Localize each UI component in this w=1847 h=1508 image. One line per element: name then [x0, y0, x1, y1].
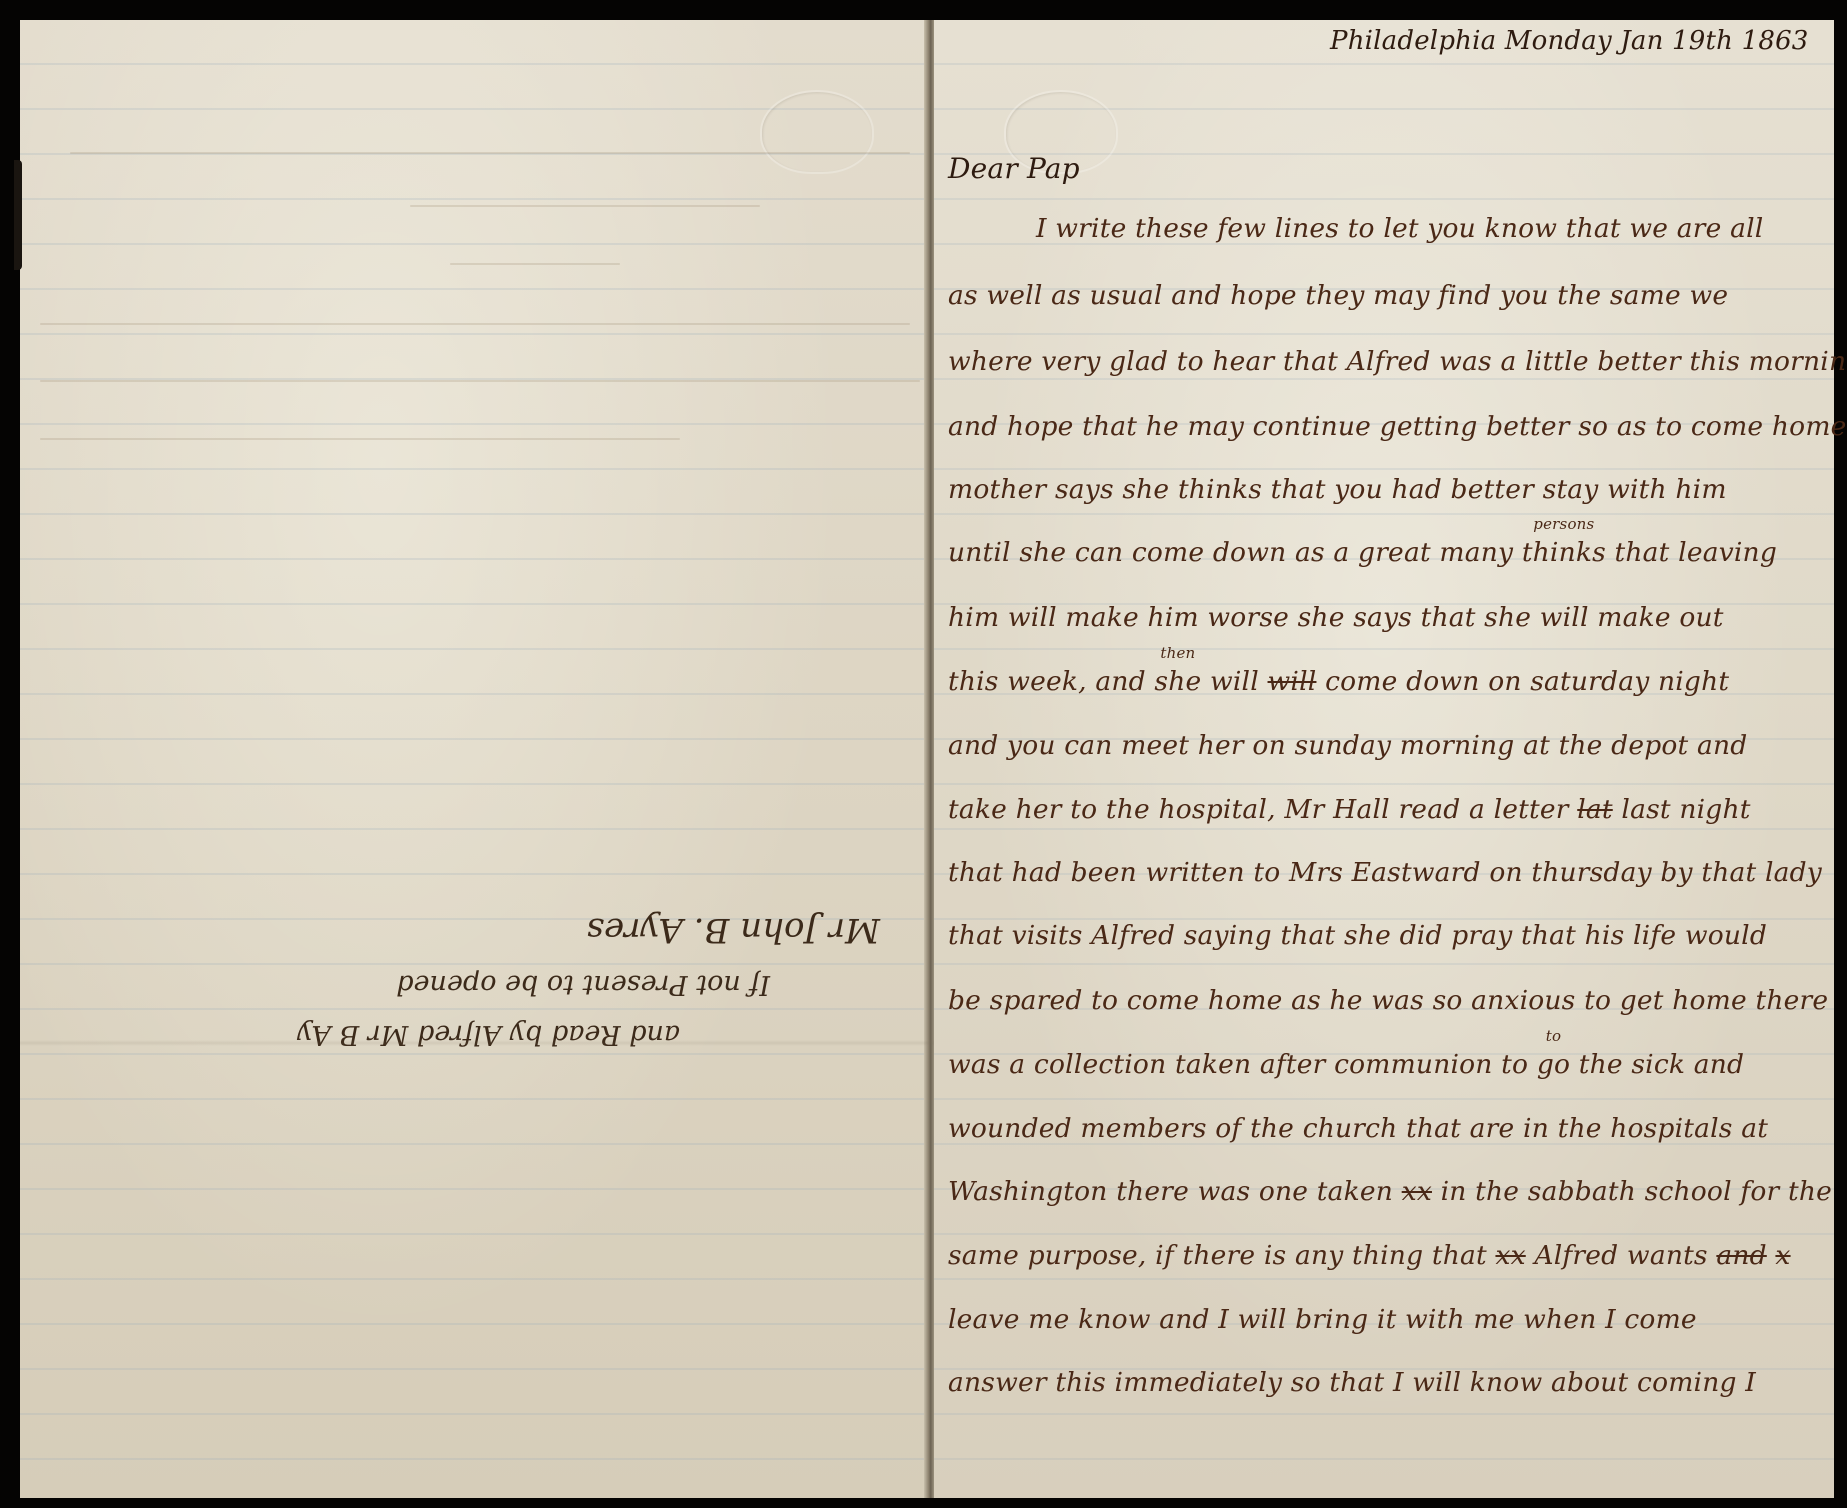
letter-line: I write these few lines to let you know …	[1036, 213, 1763, 244]
line-text: mother says she thinks that you had bett…	[948, 474, 1727, 505]
letter-line: Washington there was one taken xx in the…	[948, 1176, 1832, 1207]
struck-word: and	[1716, 1240, 1766, 1271]
bleed-through-line	[40, 323, 910, 325]
line-text: wounded members of the church that are i…	[948, 1113, 1768, 1144]
line-text: same purpose, if there is any thing that	[948, 1240, 1495, 1271]
line-text: go	[1537, 1049, 1570, 1080]
struck-word: will	[1268, 666, 1317, 697]
bleed-through-line	[70, 152, 910, 154]
line-text: Alfred wants	[1526, 1240, 1717, 1271]
line-text: him will make him worse she says that sh…	[948, 602, 1724, 633]
struck-word: lat	[1577, 794, 1613, 825]
struck-word: xx	[1402, 1176, 1432, 1207]
bleed-through-line	[450, 263, 620, 265]
line-text: thinks	[1522, 537, 1606, 568]
line-text: answer this immediately so that I will k…	[948, 1367, 1756, 1398]
bleed-through-line	[410, 205, 760, 207]
line-text: come down on saturday night	[1316, 666, 1729, 697]
salutation: Dear Pap	[948, 152, 1080, 185]
letter-line: until she can come down as a great many …	[948, 537, 1777, 568]
line-text: until she can come down as a great many	[948, 537, 1522, 568]
letter-line: him will make him worse she says that sh…	[948, 602, 1724, 633]
letter-line: be spared to come home as he was so anxi…	[948, 985, 1828, 1016]
letter-line: this week, and thenshe will will come do…	[948, 666, 1729, 697]
struck-word: xx	[1495, 1240, 1525, 1271]
line-text: that leaving	[1606, 537, 1777, 568]
insertion-superscript: to	[1546, 1027, 1561, 1045]
letter-line: where very glad to hear that Alfred was …	[948, 346, 1847, 377]
line-text: the sick and	[1570, 1049, 1744, 1080]
line-text: will	[1201, 666, 1267, 697]
letter-line: answer this immediately so that I will k…	[948, 1367, 1756, 1398]
line-text: take her to the hospital, Mr Hall read a…	[948, 794, 1577, 825]
letter-line: that had been written to Mrs Eastward on…	[948, 857, 1822, 888]
line-text: in the sabbath school for the	[1432, 1176, 1832, 1207]
line-text: this week, and	[948, 666, 1154, 697]
line-text: and you can meet her on sunday morning a…	[948, 730, 1747, 761]
bleed-through-line	[40, 380, 920, 382]
letter-line: that visits Alfred saying that she did p…	[948, 920, 1767, 951]
letter-line: mother says she thinks that you had bett…	[948, 474, 1727, 505]
line-text: she	[1154, 666, 1201, 697]
inserted-word: togo	[1537, 1049, 1570, 1080]
line-text: as well as usual and hope they may find …	[948, 280, 1728, 311]
letter-line: take her to the hospital, Mr Hall read a…	[948, 794, 1751, 825]
letter-line: wounded members of the church that are i…	[948, 1113, 1768, 1144]
letter-line: and hope that he may continue getting be…	[948, 411, 1847, 442]
struck-word: x	[1775, 1240, 1790, 1271]
letter-line: and you can meet her on sunday morning a…	[948, 730, 1747, 761]
line-text: was a collection taken after communion t…	[948, 1049, 1537, 1080]
address-line-2: If not Present to be opened	[396, 969, 770, 1000]
address-line-1: Mr John B. Ayres	[587, 910, 880, 950]
left-page: Mr John B. Ayres If not Present to be op…	[20, 20, 926, 1498]
letter-line: as well as usual and hope they may find …	[948, 280, 1728, 311]
line-text: that visits Alfred saying that she did p…	[948, 920, 1767, 951]
line-text: leave me know and I will bring it with m…	[948, 1304, 1697, 1335]
line-text: and hope that he may continue getting be…	[948, 411, 1847, 442]
dateline: Philadelphia Monday Jan 19th 1863	[1330, 26, 1809, 56]
line-text: Washington there was one taken	[948, 1176, 1402, 1207]
upside-down-address: Mr John B. Ayres If not Present to be op…	[100, 890, 920, 1060]
line-text: I write these few lines to let you know …	[1036, 213, 1763, 244]
line-text: last night	[1613, 794, 1751, 825]
insertion-superscript: then	[1160, 644, 1195, 662]
letter-line: was a collection taken after communion t…	[948, 1049, 1744, 1080]
letter-line: leave me know and I will bring it with m…	[948, 1304, 1697, 1335]
inserted-word: personsthinks	[1522, 537, 1606, 568]
line-text: that had been written to Mrs Eastward on…	[948, 857, 1822, 888]
bleed-through-line	[40, 438, 680, 440]
line-text: be spared to come home as he was so anxi…	[948, 985, 1828, 1016]
page-edge-tear	[14, 160, 22, 270]
letter-line: same purpose, if there is any thing that…	[948, 1240, 1791, 1271]
embossed-stationery-mark-icon	[760, 90, 874, 174]
insertion-superscript: persons	[1533, 515, 1594, 533]
line-text: where very glad to hear that Alfred was …	[948, 346, 1847, 377]
inserted-word: thenshe	[1154, 666, 1201, 697]
